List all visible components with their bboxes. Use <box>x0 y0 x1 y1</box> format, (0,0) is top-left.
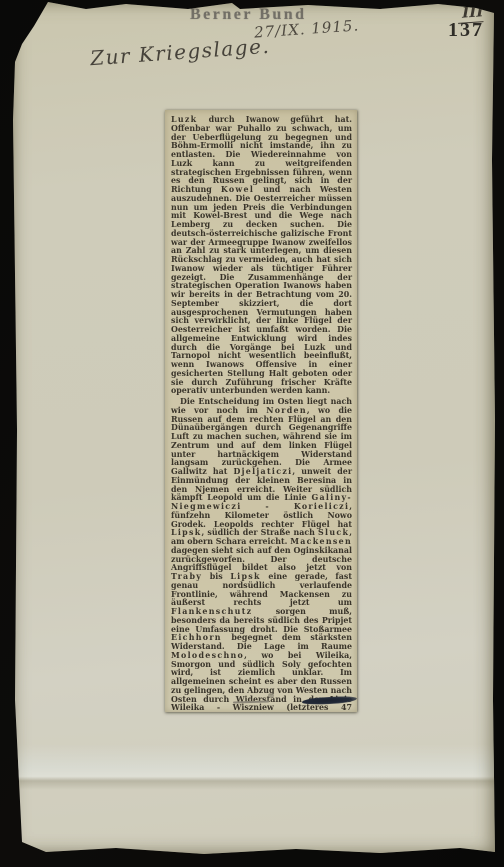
article-text: Luzk durch Iwanow geführt hat. Offenbar … <box>171 116 352 712</box>
emphasized-text: Traby <box>171 572 202 581</box>
body-text: bis <box>202 572 230 581</box>
handwritten-title: Zur Kriegslage. <box>89 34 271 71</box>
emphasized-text: Djeljaticzi <box>233 467 292 476</box>
archive-sheet: Berner Bund 27/IX. 1915. III 137 Zur Kri… <box>8 0 497 858</box>
emphasized-text: Mackensen <box>290 537 352 546</box>
paper-crease <box>8 744 497 800</box>
body-text: dagegen sieht sich auf den Oginskikanal … <box>171 546 352 573</box>
body-text: , wo die Russen auf dem rechten Flügel a… <box>171 406 352 476</box>
body-text: durch Iwanow geführt hat. Offenbar war P… <box>171 115 352 194</box>
emphasized-text: Sluck <box>318 528 349 537</box>
emphasized-text: Lipsk <box>171 528 201 537</box>
emphasized-text: Molodeschno <box>171 651 244 660</box>
emphasized-text: Norden <box>266 406 307 415</box>
newspaper-clipping: Luzk durch Iwanow geführt hat. Offenbar … <box>165 110 357 712</box>
article-paragraph: Die Entscheidung im Osten liegt nach wie… <box>171 398 352 712</box>
emphasized-text: Lipsk <box>230 572 260 581</box>
ink-blot <box>268 693 274 698</box>
body-text: und nach Westen auszudehnen. Die Oesterr… <box>171 185 352 395</box>
article-paragraph: Luzk durch Iwanow geführt hat. Offenbar … <box>171 116 352 396</box>
archive-page-number: 137 <box>448 19 484 42</box>
emphasized-text: Eichhorn <box>171 633 222 642</box>
emphasized-text: Flankenschutz <box>171 607 252 616</box>
emphasized-text: Kowel <box>221 185 254 194</box>
scanned-archive-page: Berner Bund 27/IX. 1915. III 137 Zur Kri… <box>0 0 504 867</box>
emphasized-text: Luzk <box>171 115 197 124</box>
body-text: , südlich der Straße nach <box>201 528 318 537</box>
